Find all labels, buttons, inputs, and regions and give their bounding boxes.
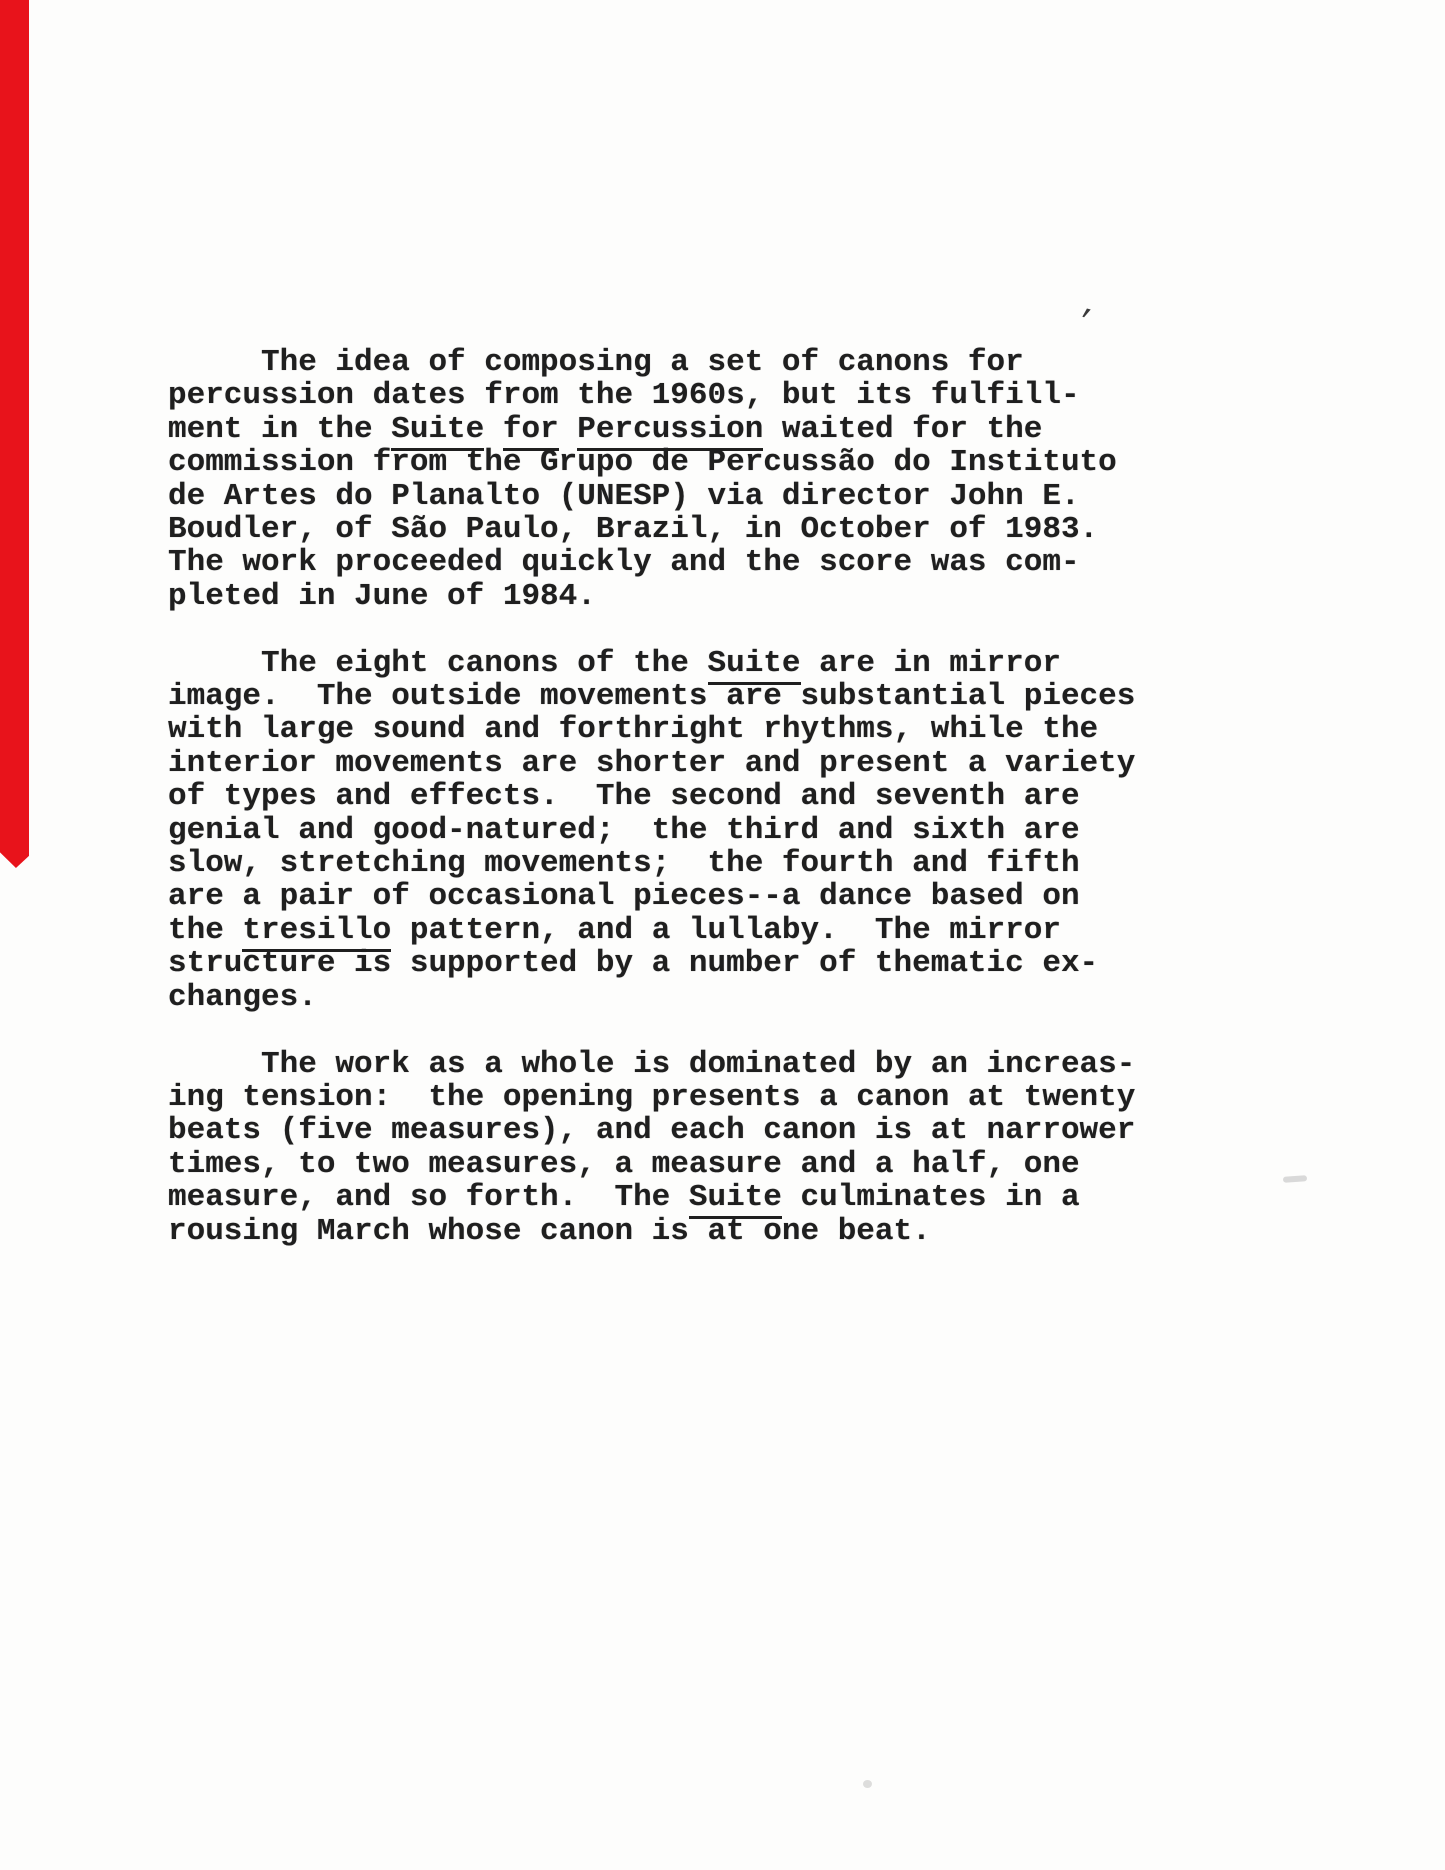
text-line: The idea of composing a set of canons fo…	[168, 346, 1238, 379]
text-line: commission from the Grupo de Percussão d…	[168, 446, 1238, 479]
scan-speck	[863, 1780, 872, 1788]
text-line: de Artes do Planalto (UNESP) via directo…	[168, 480, 1238, 513]
text-line: genial and good-natured; the third and s…	[168, 814, 1238, 847]
text-line: times, to two measures, a measure and a …	[168, 1148, 1238, 1181]
text-segment: rousing March whose canon is at one beat…	[168, 1214, 931, 1249]
text-segment: The eight canons of the	[168, 646, 708, 681]
text-line: of types and effects. The second and sev…	[168, 780, 1238, 813]
scanned-page: ’ The idea of composing a set of canons …	[0, 0, 1445, 1870]
text-line: Boudler, of São Paulo, Brazil, in Octobe…	[168, 513, 1238, 546]
red-binding-strip	[0, 0, 29, 868]
text-segment: with large sound and forthright rhythms,…	[168, 712, 1098, 747]
text-segment: pleted in June of 1984.	[168, 579, 596, 614]
text-segment: genial and good-natured; the third and s…	[168, 813, 1080, 848]
text-segment: interior movements are shorter and prese…	[168, 746, 1135, 781]
text-segment	[559, 412, 578, 447]
text-line: beats (five measures), and each canon is…	[168, 1114, 1238, 1147]
text-segment: The idea of composing a set of canons fo…	[168, 345, 1024, 380]
text-segment: de Artes do Planalto (UNESP) via directo…	[168, 479, 1080, 514]
text-segment: are a pair of occasional pieces--a dance…	[168, 879, 1080, 914]
scan-speck	[1283, 1175, 1307, 1183]
paragraph: The work as a whole is dominated by an i…	[168, 1048, 1238, 1248]
text-line: rousing March whose canon is at one beat…	[168, 1215, 1238, 1248]
text-segment: the	[168, 913, 242, 948]
text-line: image. The outside movements are substan…	[168, 680, 1238, 713]
paragraph: The idea of composing a set of canons fo…	[168, 346, 1238, 613]
text-line: The work proceeded quickly and the score…	[168, 546, 1238, 579]
text-segment: culminates in a	[782, 1180, 1080, 1215]
paragraph: The eight canons of the Suite are in mir…	[168, 647, 1238, 1014]
text-segment: percussion dates from the 1960s, but its…	[168, 378, 1080, 413]
text-line: the tresillo pattern, and a lullaby. The…	[168, 914, 1238, 947]
text-line: changes.	[168, 981, 1238, 1014]
text-line: with large sound and forthright rhythms,…	[168, 713, 1238, 746]
text-segment: The work as a whole is dominated by an i…	[168, 1047, 1135, 1082]
text-segment: ment in the	[168, 412, 391, 447]
text-segment	[484, 412, 503, 447]
text-segment: of types and effects. The second and sev…	[168, 779, 1080, 814]
text-line: pleted in June of 1984.	[168, 580, 1238, 613]
text-line: The eight canons of the Suite are in mir…	[168, 647, 1238, 680]
text-segment: ing tension: the opening presents a cano…	[168, 1080, 1135, 1115]
text-line: slow, stretching movements; the fourth a…	[168, 847, 1238, 880]
text-segment: slow, stretching movements; the fourth a…	[168, 846, 1080, 881]
text-segment: measure, and so forth. The	[168, 1180, 689, 1215]
text-line: ing tension: the opening presents a cano…	[168, 1081, 1238, 1114]
text-segment: beats (five measures), and each canon is…	[168, 1113, 1135, 1148]
text-segment: times, to two measures, a measure and a …	[168, 1147, 1080, 1182]
text-segment: pattern, and a lullaby. The mirror	[391, 913, 1061, 948]
text-line: are a pair of occasional pieces--a dance…	[168, 880, 1238, 913]
text-line: The work as a whole is dominated by an i…	[168, 1048, 1238, 1081]
text-segment: image. The outside movements are substan…	[168, 679, 1135, 714]
text-line: ment in the Suite for Percussion waited …	[168, 413, 1238, 446]
stray-apostrophe-mark: ’	[1071, 304, 1097, 341]
text-line: measure, and so forth. The Suite culmina…	[168, 1181, 1238, 1214]
text-line: structure is supported by a number of th…	[168, 947, 1238, 980]
text-segment: structure is supported by a number of th…	[168, 946, 1098, 981]
text-segment: waited for the	[763, 412, 1042, 447]
text-segment: are in mirror	[801, 646, 1061, 681]
text-segment: commission from the Grupo de Percussão d…	[168, 445, 1117, 480]
text-segment: changes.	[168, 980, 317, 1015]
document-text: The idea of composing a set of canons fo…	[168, 346, 1238, 1248]
text-segment: The work proceeded quickly and the score…	[168, 545, 1080, 580]
text-line: interior movements are shorter and prese…	[168, 747, 1238, 780]
text-segment: Boudler, of São Paulo, Brazil, in Octobe…	[168, 512, 1098, 547]
text-line: percussion dates from the 1960s, but its…	[168, 379, 1238, 412]
